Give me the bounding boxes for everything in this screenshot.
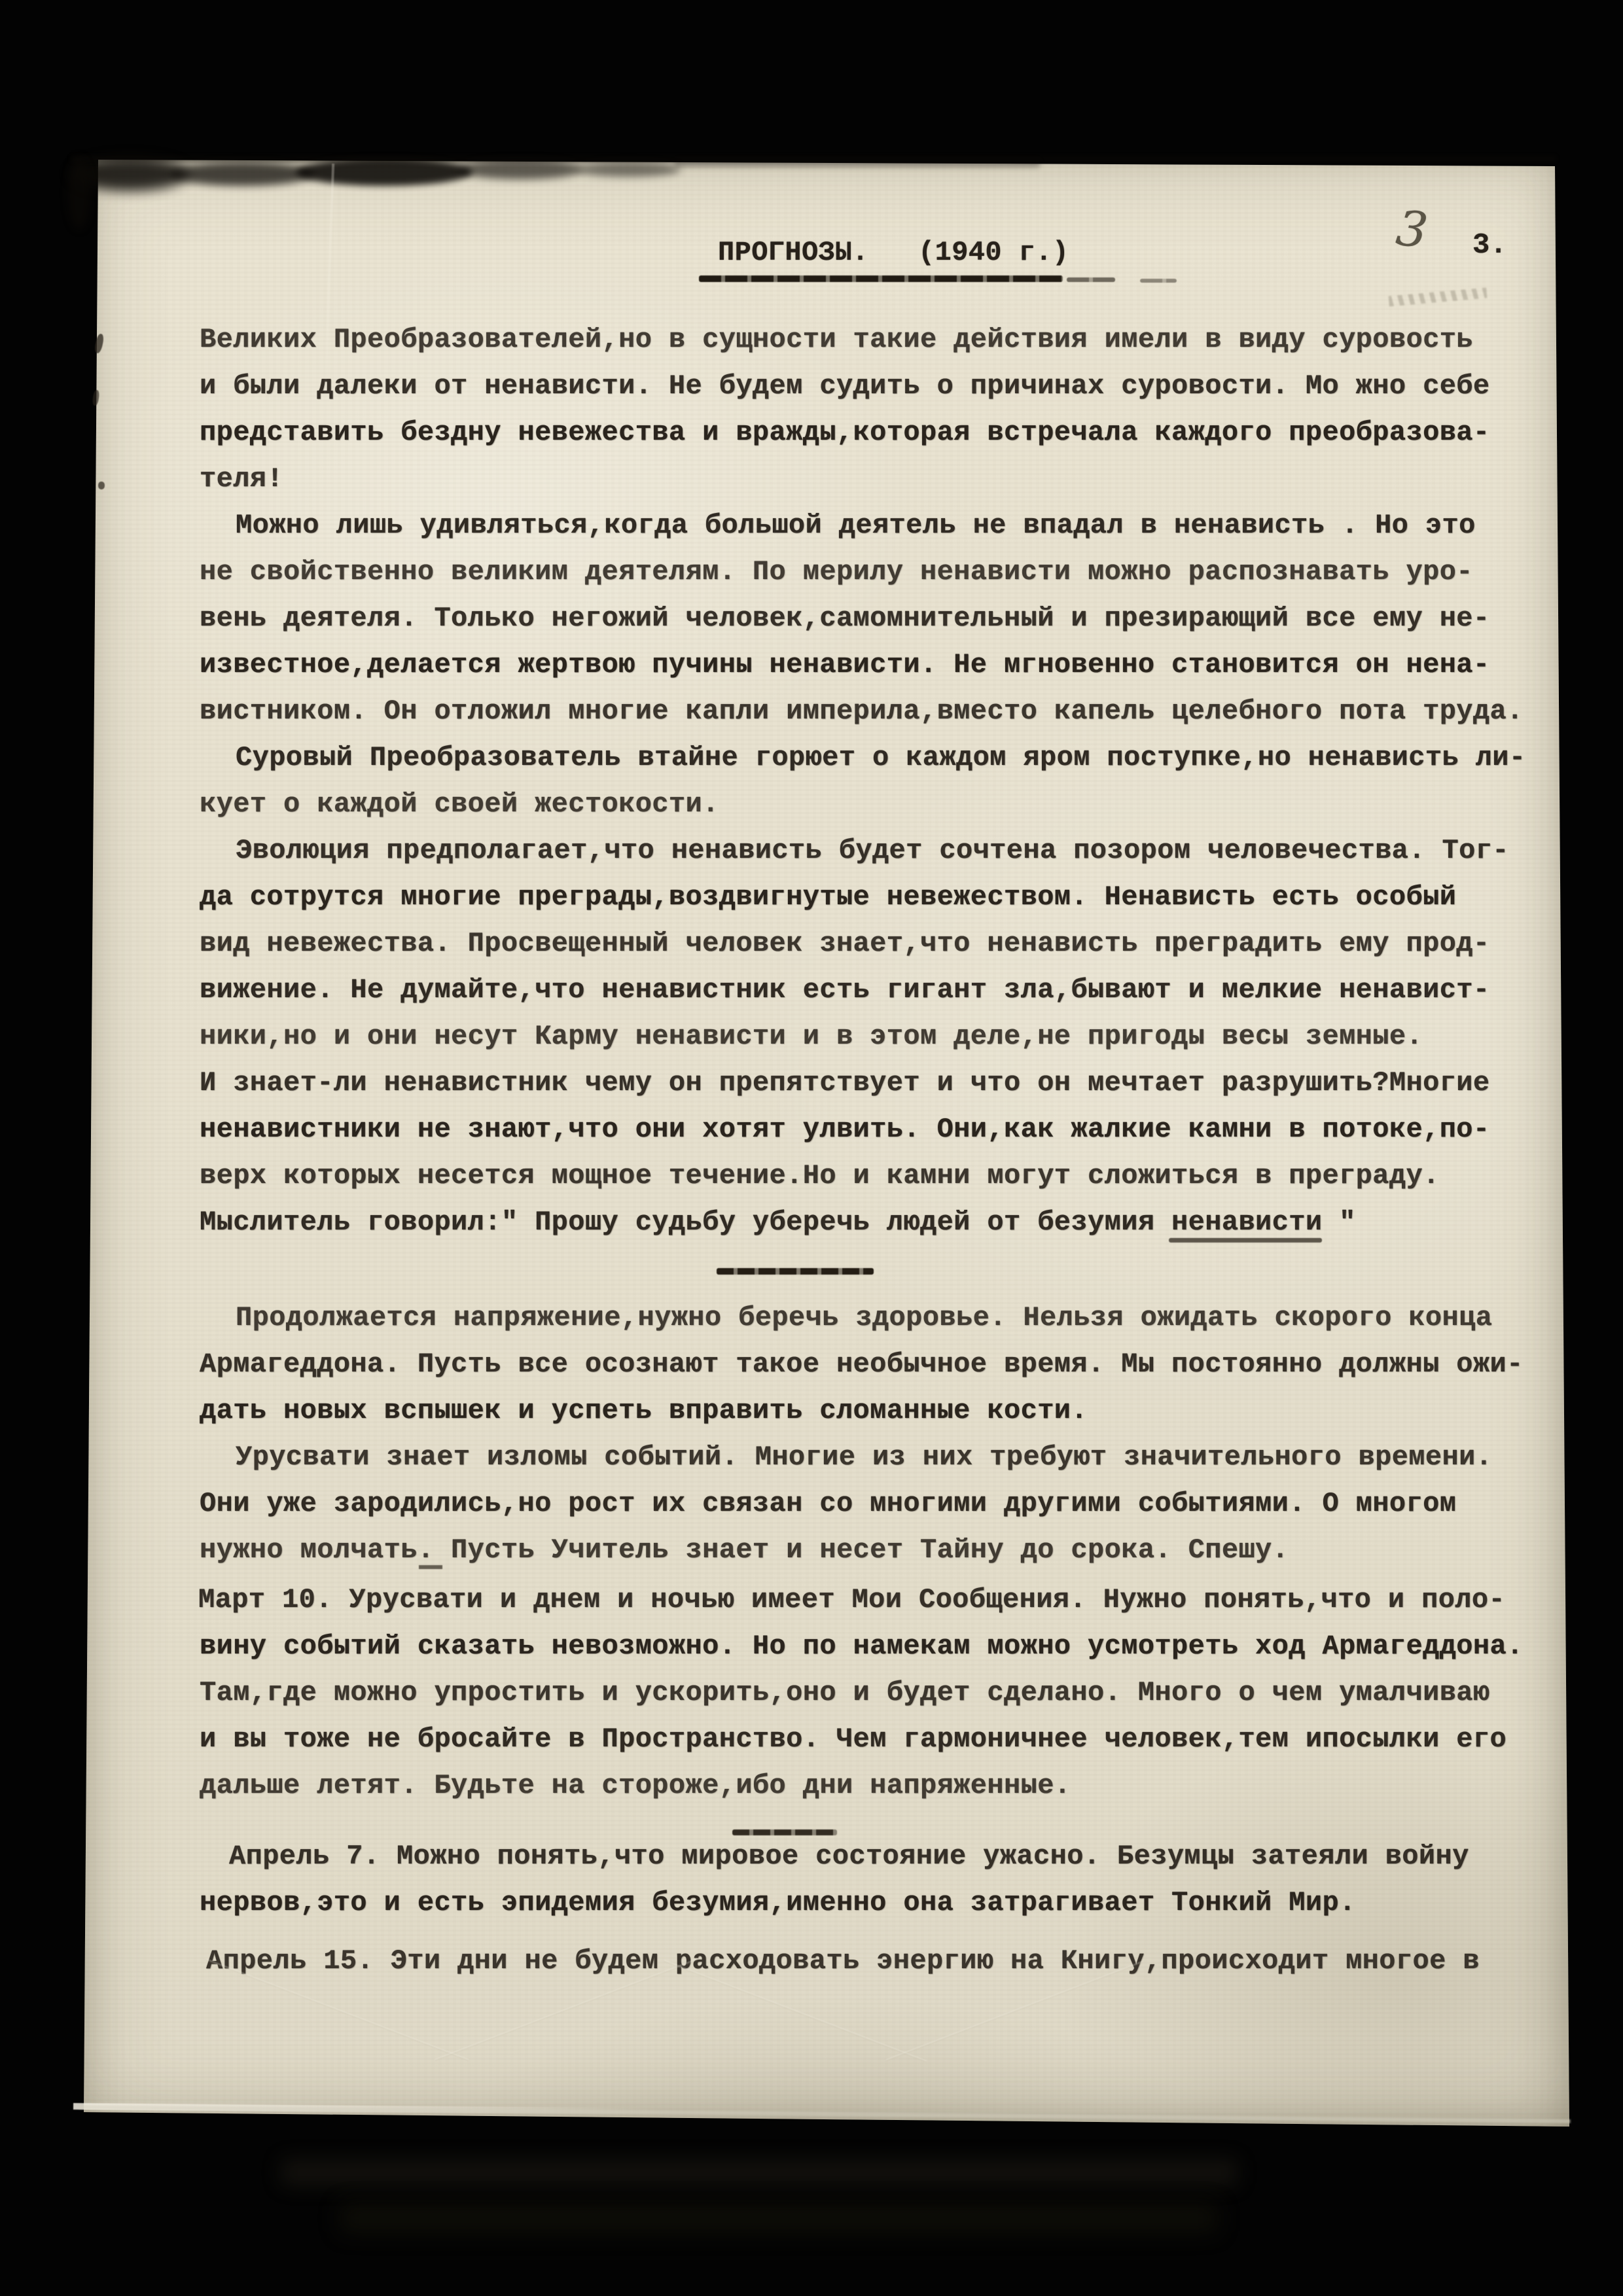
section-divider xyxy=(717,1268,874,1275)
typewritten-line: Они уже зародились,но рост их связан со … xyxy=(200,1489,1456,1519)
typewritten-line: да сотрутся многие преграды,воздвигнутые… xyxy=(200,882,1456,912)
typewritten-line: ники,но и они несут Карму ненависти и в … xyxy=(200,1021,1423,1051)
page-title-year: (1940 г.) xyxy=(918,237,1069,268)
typewritten-line: Великих Преобразователей,но в сущности т… xyxy=(200,325,1473,355)
typewritten-line: нервов,это и есть эпидемия безумия,именн… xyxy=(200,1888,1356,1918)
typewritten-line: Армагеддона. Пусть все осознают такое не… xyxy=(200,1349,1524,1379)
scan-ghost-mark xyxy=(340,2204,1217,2233)
typewritten-line: И знает-ли ненавистник чему он препятств… xyxy=(200,1068,1490,1098)
page-title: ПРОГНОЗЫ. xyxy=(718,237,868,268)
typewritten-line: известное,делается жертвою пучины ненави… xyxy=(200,650,1490,680)
typewritten-line: вид невежества. Просвещенный человек зна… xyxy=(200,928,1490,959)
typewritten-line: представить бездну невежества и вражды,к… xyxy=(200,417,1490,448)
typewritten-line: вину событий сказать невозможно. Но по н… xyxy=(200,1631,1524,1661)
ink-speck xyxy=(98,482,105,489)
typewritten-line: верх которых несется мощное течение.Но и… xyxy=(200,1161,1440,1191)
typewritten-line: вистником. Он отложил многие капли импер… xyxy=(200,696,1524,726)
typewritten-line: ненавистники не знают,что они хотят улви… xyxy=(200,1114,1490,1144)
typewritten-line: Продолжается напряжение,нужно беречь здо… xyxy=(236,1303,1492,1333)
typewritten-line: Эволюция предполагает,что ненависть буде… xyxy=(236,836,1509,866)
typewritten-line: Апрель 15. Эти дни не будем расходовать … xyxy=(206,1946,1480,1976)
title-underline xyxy=(699,275,1063,282)
scan-smudge xyxy=(170,162,314,186)
typewritten-line: не свойственно великим деятелям. По мери… xyxy=(200,557,1473,587)
typewritten-line: нужно молчать. Пусть Учитель знает и нес… xyxy=(200,1535,1289,1565)
typed-page-number: 3. xyxy=(1472,229,1507,262)
typewritten-line: и вы тоже не бросайте в Пространство. Че… xyxy=(200,1724,1507,1754)
scan-ghost-mark xyxy=(281,2159,1237,2185)
typewritten-line: Суровый Преобразователь втайне горюет о … xyxy=(236,743,1526,773)
scan-smudge xyxy=(458,160,582,179)
scan-background: ПРОГНОЗЫ. (1940 г.) 3 3. Великих Преобра… xyxy=(0,0,1623,2296)
typewritten-line: Апрель 7. Можно понять,что мировое состо… xyxy=(229,1841,1469,1871)
typewritten-line: вижение. Не думайте,что ненавистник есть… xyxy=(200,975,1490,1005)
title-underline-segment xyxy=(1067,277,1115,282)
typewritten-line: дальше летят. Будьте на стороже,ибо дни … xyxy=(200,1771,1071,1801)
typewritten-line: дать новых вспышек и успеть вправить сло… xyxy=(200,1396,1088,1426)
typewritten-line: кует о каждой своей жестокости. xyxy=(200,789,719,819)
stray-underscore-mark xyxy=(419,1565,442,1569)
scan-smudge xyxy=(296,158,473,186)
section-divider xyxy=(732,1829,837,1835)
typewritten-line: теля! xyxy=(200,464,283,494)
typewritten-line: Там,где можно упростить и ускорить,оно и… xyxy=(200,1678,1490,1708)
typewritten-line: Март 10. Урусвати и днем и ночью имеет М… xyxy=(198,1585,1505,1615)
word-underline-mark xyxy=(1169,1238,1322,1243)
typewritten-line: и были далеки от ненависти. Не будем суд… xyxy=(200,371,1490,401)
title-underline-segment xyxy=(1140,279,1177,283)
typewritten-line: Можно лишь удивляться,когда большой деят… xyxy=(236,510,1476,540)
scan-smudge xyxy=(68,157,90,229)
typewritten-line: вень деятеля. Только негожий человек,сам… xyxy=(200,603,1490,633)
scan-smudge xyxy=(576,162,681,177)
typewritten-line: Мыслитель говорил:" Прошу судьбу уберечь… xyxy=(200,1207,1356,1237)
typewritten-line: Урусвати знает изломы событий. Многие из… xyxy=(236,1442,1492,1472)
scan-smudge xyxy=(71,156,1556,162)
